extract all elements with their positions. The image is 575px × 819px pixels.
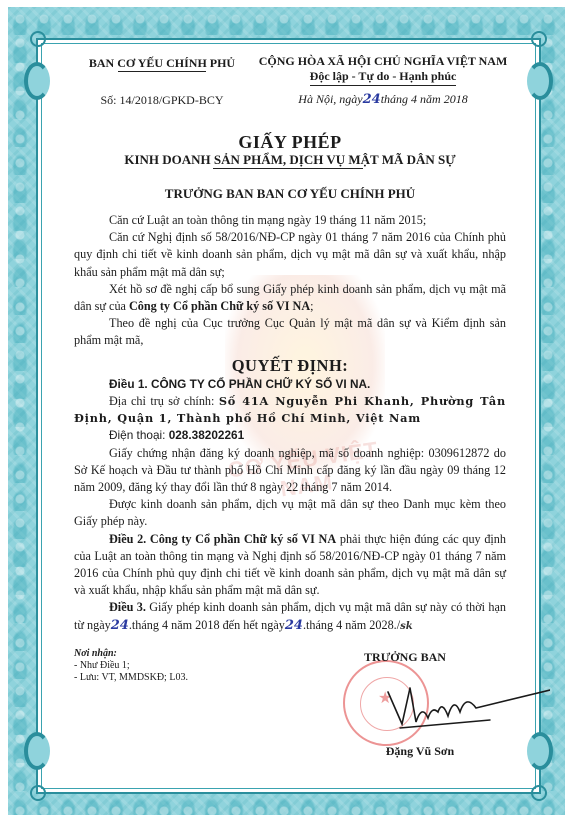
document-title: GIẤY PHÉP bbox=[60, 132, 520, 153]
handwritten-day: 24 bbox=[363, 92, 381, 107]
preamble-paragraph: Xét hồ sơ đề nghị cấp bổ sung Giấy phép … bbox=[74, 281, 506, 315]
article-1-address: Địa chỉ trụ sở chính: Số 41A Nguyễn Phi … bbox=[74, 393, 506, 427]
preamble-paragraph: Theo đề nghị của Cục trưởng Cục Quản lý … bbox=[74, 315, 506, 349]
handwritten-end-day: 24 bbox=[285, 618, 303, 633]
document-subtitle: KINH DOANH SẢN PHẨM, DỊCH VỤ MẬT MÃ DÂN … bbox=[60, 152, 520, 168]
article-1-title: Điều 1. CÔNG TY CỔ PHẦN CHỮ KÝ SỐ VI NA. bbox=[74, 376, 506, 393]
article-1-registration: Giấy chứng nhận đăng ký doanh nghiệp, mã… bbox=[74, 445, 506, 497]
company-name: Công ty Cổ phần Chữ ký số VI NA bbox=[129, 299, 310, 313]
recipient-item: - Như Điều 1; bbox=[74, 660, 274, 672]
preamble-paragraph: Căn cứ Nghị định số 58/2016/NĐ-CP ngày 0… bbox=[74, 229, 506, 281]
agency-underline bbox=[118, 71, 206, 72]
title-underline bbox=[213, 168, 363, 169]
ornament-loop-icon bbox=[531, 785, 547, 801]
signer-name: Đặng Vũ Sơn bbox=[340, 744, 500, 759]
recipients-block: Nơi nhận: - Như Điều 1; - Lưu: VT, MMDSK… bbox=[74, 648, 274, 684]
ornament-loop-icon bbox=[30, 785, 46, 801]
motto-underline bbox=[310, 85, 456, 86]
ornament-curl-icon bbox=[24, 62, 50, 100]
nation-name: CỘNG HÒA XÃ HỘI CHỦ NGHĨA VIỆT NAM bbox=[252, 54, 514, 69]
article-2: Điều 2. Công ty Cổ phần Chữ ký số VI NA … bbox=[74, 531, 506, 600]
article-1-scope: Được kinh doanh sản phẩm, dịch vụ mật mã… bbox=[74, 496, 506, 530]
decision-heading: QUYẾT ĐỊNH: bbox=[74, 357, 506, 374]
national-header: CỘNG HÒA XÃ HỘI CHỦ NGHĨA VIỆT NAM Độc l… bbox=[252, 54, 514, 84]
handwritten-initials: sk bbox=[400, 621, 413, 632]
handwritten-start-day: 24 bbox=[111, 618, 129, 633]
document-number: Số: 14/2018/GPKD-BCY bbox=[72, 93, 252, 108]
article-3: Điều 3. Giấy phép kinh doanh sản phẩm, d… bbox=[74, 599, 506, 634]
ornament-curl-icon bbox=[527, 62, 553, 100]
preamble-paragraph: Căn cứ Luật an toàn thông tin mạng ngày … bbox=[74, 212, 506, 229]
national-motto: Độc lập - Tự do - Hạnh phúc bbox=[252, 69, 514, 84]
ornament-loop-icon bbox=[531, 31, 547, 47]
company-phone: 028.38202261 bbox=[169, 428, 244, 442]
signature-icon bbox=[380, 682, 550, 732]
issuing-authority: TRƯỞNG BAN BAN CƠ YẾU CHÍNH PHỦ bbox=[60, 186, 520, 202]
article-1-phone: Điện thoại: 028.38202261 bbox=[74, 427, 506, 444]
document-body: Căn cứ Luật an toàn thông tin mạng ngày … bbox=[74, 212, 506, 635]
ornament-curl-icon bbox=[24, 732, 50, 770]
ornament-curl-icon bbox=[527, 732, 553, 770]
recipient-item: - Lưu: VT, MMDSKĐ; L03. bbox=[74, 672, 274, 684]
issue-date: Hà Nội, ngày24tháng 4 năm 2018 bbox=[252, 92, 514, 107]
recipients-title: Nơi nhận: bbox=[74, 648, 274, 660]
issuing-agency: BAN CƠ YẾU CHÍNH PHỦ bbox=[72, 56, 252, 71]
signer-position: TRƯỞNG BAN bbox=[340, 650, 470, 665]
ornament-loop-icon bbox=[30, 31, 46, 47]
